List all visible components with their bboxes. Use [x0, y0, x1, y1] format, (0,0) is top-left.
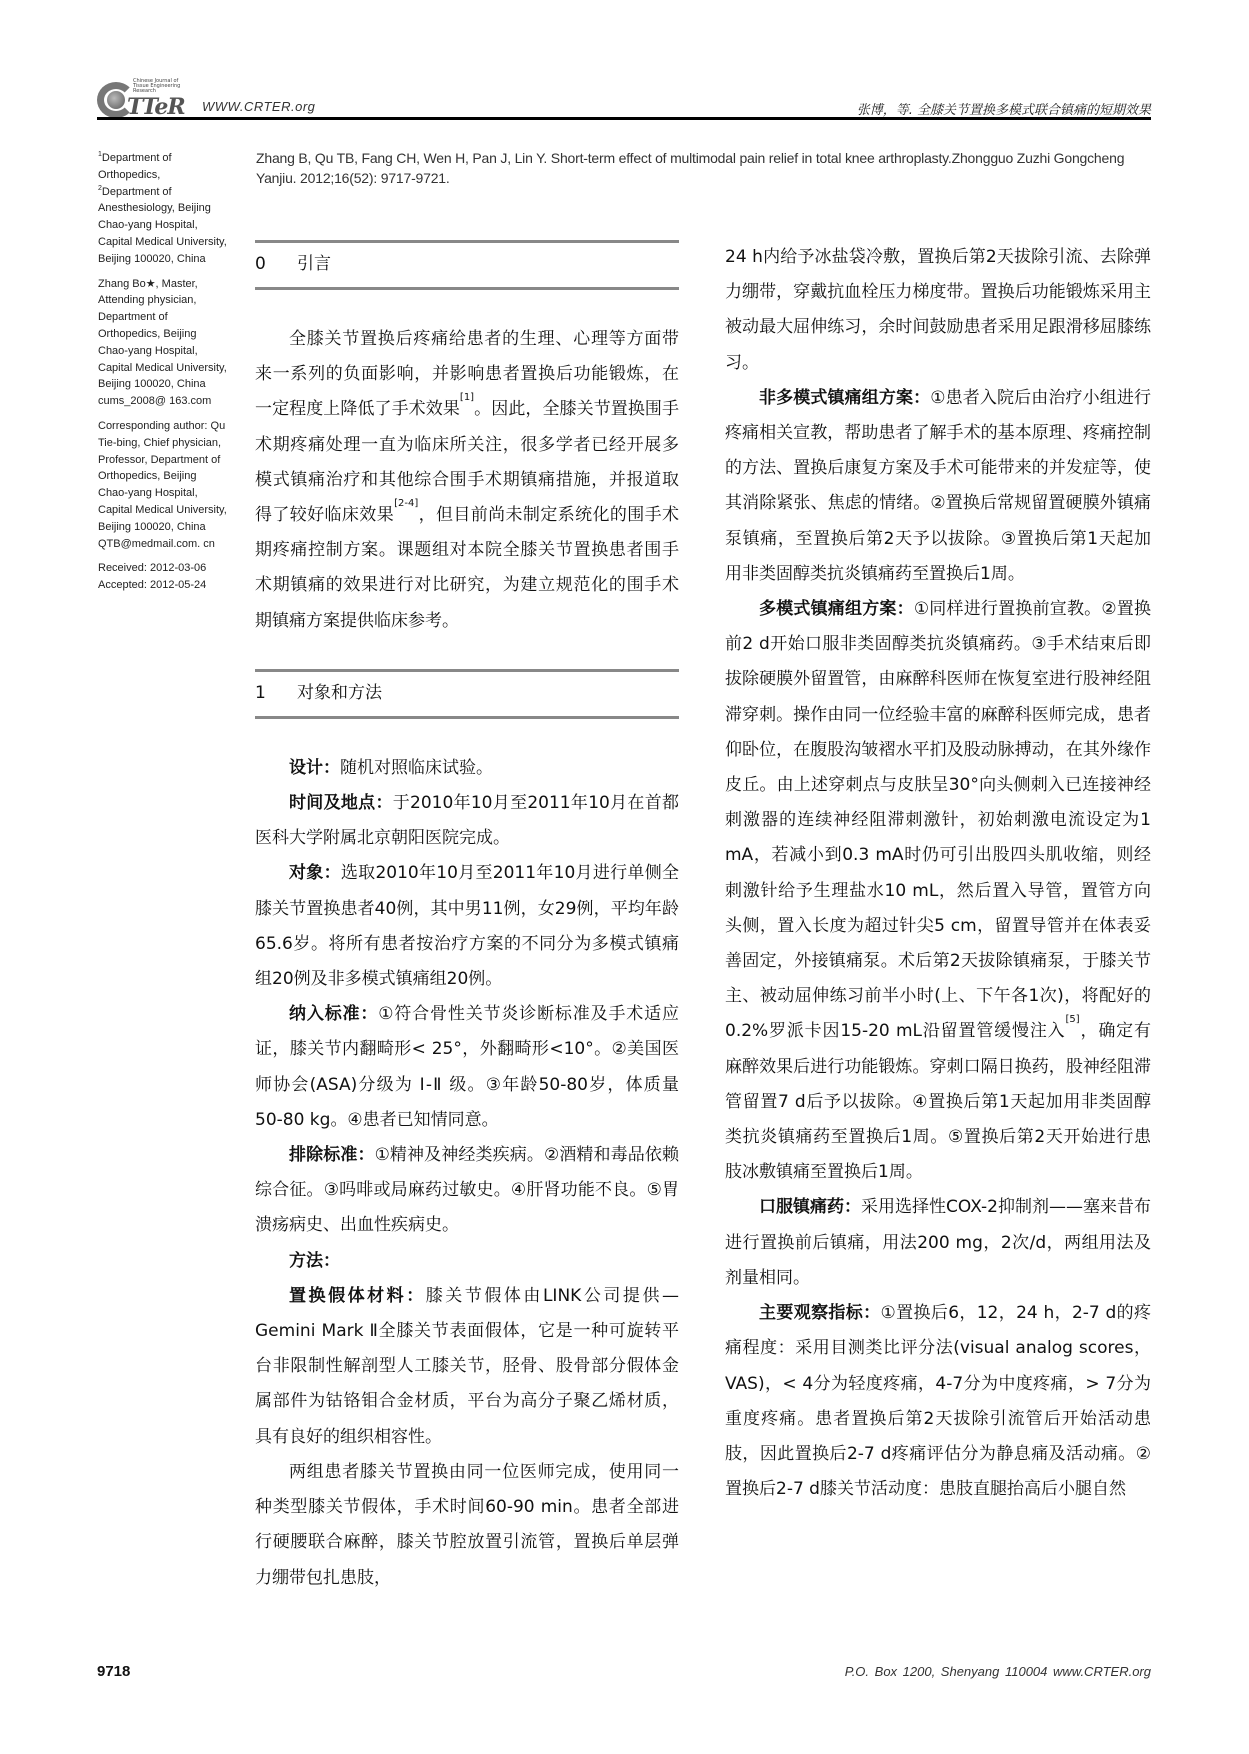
first-author-info: Zhang Bo★, Master, Attending physician, …: [98, 276, 228, 410]
affiliation-2: Department of Anesthesiology, Beijing Ch…: [98, 186, 227, 265]
oral-analgesic-paragraph: 口服镇痛药：采用选择性COX-2抑制剂——塞来昔布进行置换前后镇痛，用法200 …: [725, 1190, 1151, 1296]
accepted-date: Accepted: 2012-05-24: [98, 577, 228, 594]
citation: Zhang B, Qu TB, Fang CH, Wen H, Pan J, L…: [256, 148, 1136, 188]
citation-ref[interactable]: [5]: [1066, 1014, 1080, 1025]
nonmulti-paragraph: 非多模式镇痛组方案：①患者入院后由治疗小组进行疼痛相关宣教，帮助患者了解手术的基…: [725, 381, 1151, 592]
footer-address: P.O. Box 1200, Shenyang 110004 www.CRTER…: [845, 1664, 1151, 1679]
prosthesis-paragraph: 置换假体材料：膝关节假体由LINK公司提供—Gemini Mark Ⅱ全膝关节表…: [255, 1279, 679, 1455]
subjects-paragraph: 对象：选取2010年10月至2011年10月进行单侧全膝关节置换患者40例，其中…: [255, 856, 679, 997]
journal-logo: Chinese Journal of Tissue Engineering Re…: [97, 78, 197, 120]
left-column: 0 引言 全膝关节置换后疼痛给患者的生理、心理等方面带来一系列的负面影响，并影响…: [255, 240, 679, 1596]
globe-icon: [107, 91, 125, 109]
affiliation-1: Department of Orthopedics,: [98, 152, 172, 181]
right-column: 24 h内给予冰盐袋冷敷，置换后第2天拔除引流、去除弹力绷带，穿戴抗血栓压力梯度…: [725, 240, 1151, 1507]
section-heading-intro: 0 引言: [255, 240, 679, 290]
section-number: 0: [255, 247, 297, 282]
affiliations: 1Department of Orthopedics, 2Department …: [98, 150, 228, 268]
intro-paragraph: 全膝关节置换后疼痛给患者的生理、心理等方面带来一系列的负面影响，并影响患者置换后…: [255, 322, 679, 639]
header-rule: [97, 117, 1151, 120]
section-heading-methods: 1 对象和方法: [255, 669, 679, 719]
citation-ref[interactable]: [1]: [460, 392, 474, 403]
continued-paragraph: 24 h内给予冰盐袋冷敷，置换后第2天拔除引流、去除弹力绷带，穿戴抗血栓压力梯度…: [725, 240, 1151, 381]
multi-paragraph: 多模式镇痛组方案：①同样进行置换前宣教。②置换前2 d开始口服非类固醇类抗炎镇痛…: [725, 592, 1151, 1190]
site-url: WWW.CRTER.org: [202, 99, 315, 114]
exclusion-paragraph: 排除标准：①精神及神经类疾病。②酒精和毒品依赖综合征。③吗啡或局麻药过敏史。④肝…: [255, 1138, 679, 1244]
running-title: 张博，等. 全膝关节置换多模式联合镇痛的短期效果: [857, 99, 1151, 118]
design-paragraph: 设计：随机对照临床试验。: [255, 751, 679, 786]
surgery-paragraph: 两组患者膝关节置换由同一位医师完成，使用同一种类型膝关节假体，手术时间60-90…: [255, 1455, 679, 1596]
time-place-paragraph: 时间及地点：于2010年10月至2011年10月在首都医科大学附属北京朝阳医院完…: [255, 786, 679, 856]
page-footer: 9718 P.O. Box 1200, Shenyang 110004 www.…: [97, 1663, 1151, 1683]
method-label: 方法：: [255, 1244, 679, 1279]
citation-ref[interactable]: [2-4]: [394, 498, 418, 509]
section-number: 1: [255, 676, 297, 711]
inclusion-paragraph: 纳入标准：①符合骨性关节炎诊断标准及手术适应证，膝关节内翻畸形< 25°，外翻畸…: [255, 997, 679, 1138]
page-number: 9718: [97, 1663, 130, 1680]
corresponding-author: Corresponding author: Qu Tie-bing, Chief…: [98, 418, 228, 552]
section-title: 引言: [297, 247, 331, 282]
received-date: Received: 2012-03-06: [98, 560, 228, 577]
logo-journal-name: Chinese Journal of Tissue Engineering Re…: [133, 79, 193, 94]
page-header: Chinese Journal of Tissue Engineering Re…: [97, 78, 1151, 120]
outcome-paragraph: 主要观察指标：①置换后6，12，24 h，2-7 d的疼痛程度：采用目测类比评分…: [725, 1296, 1151, 1507]
section-title: 对象和方法: [297, 676, 382, 711]
sidebar-author-info: 1Department of Orthopedics, 2Department …: [98, 150, 228, 594]
